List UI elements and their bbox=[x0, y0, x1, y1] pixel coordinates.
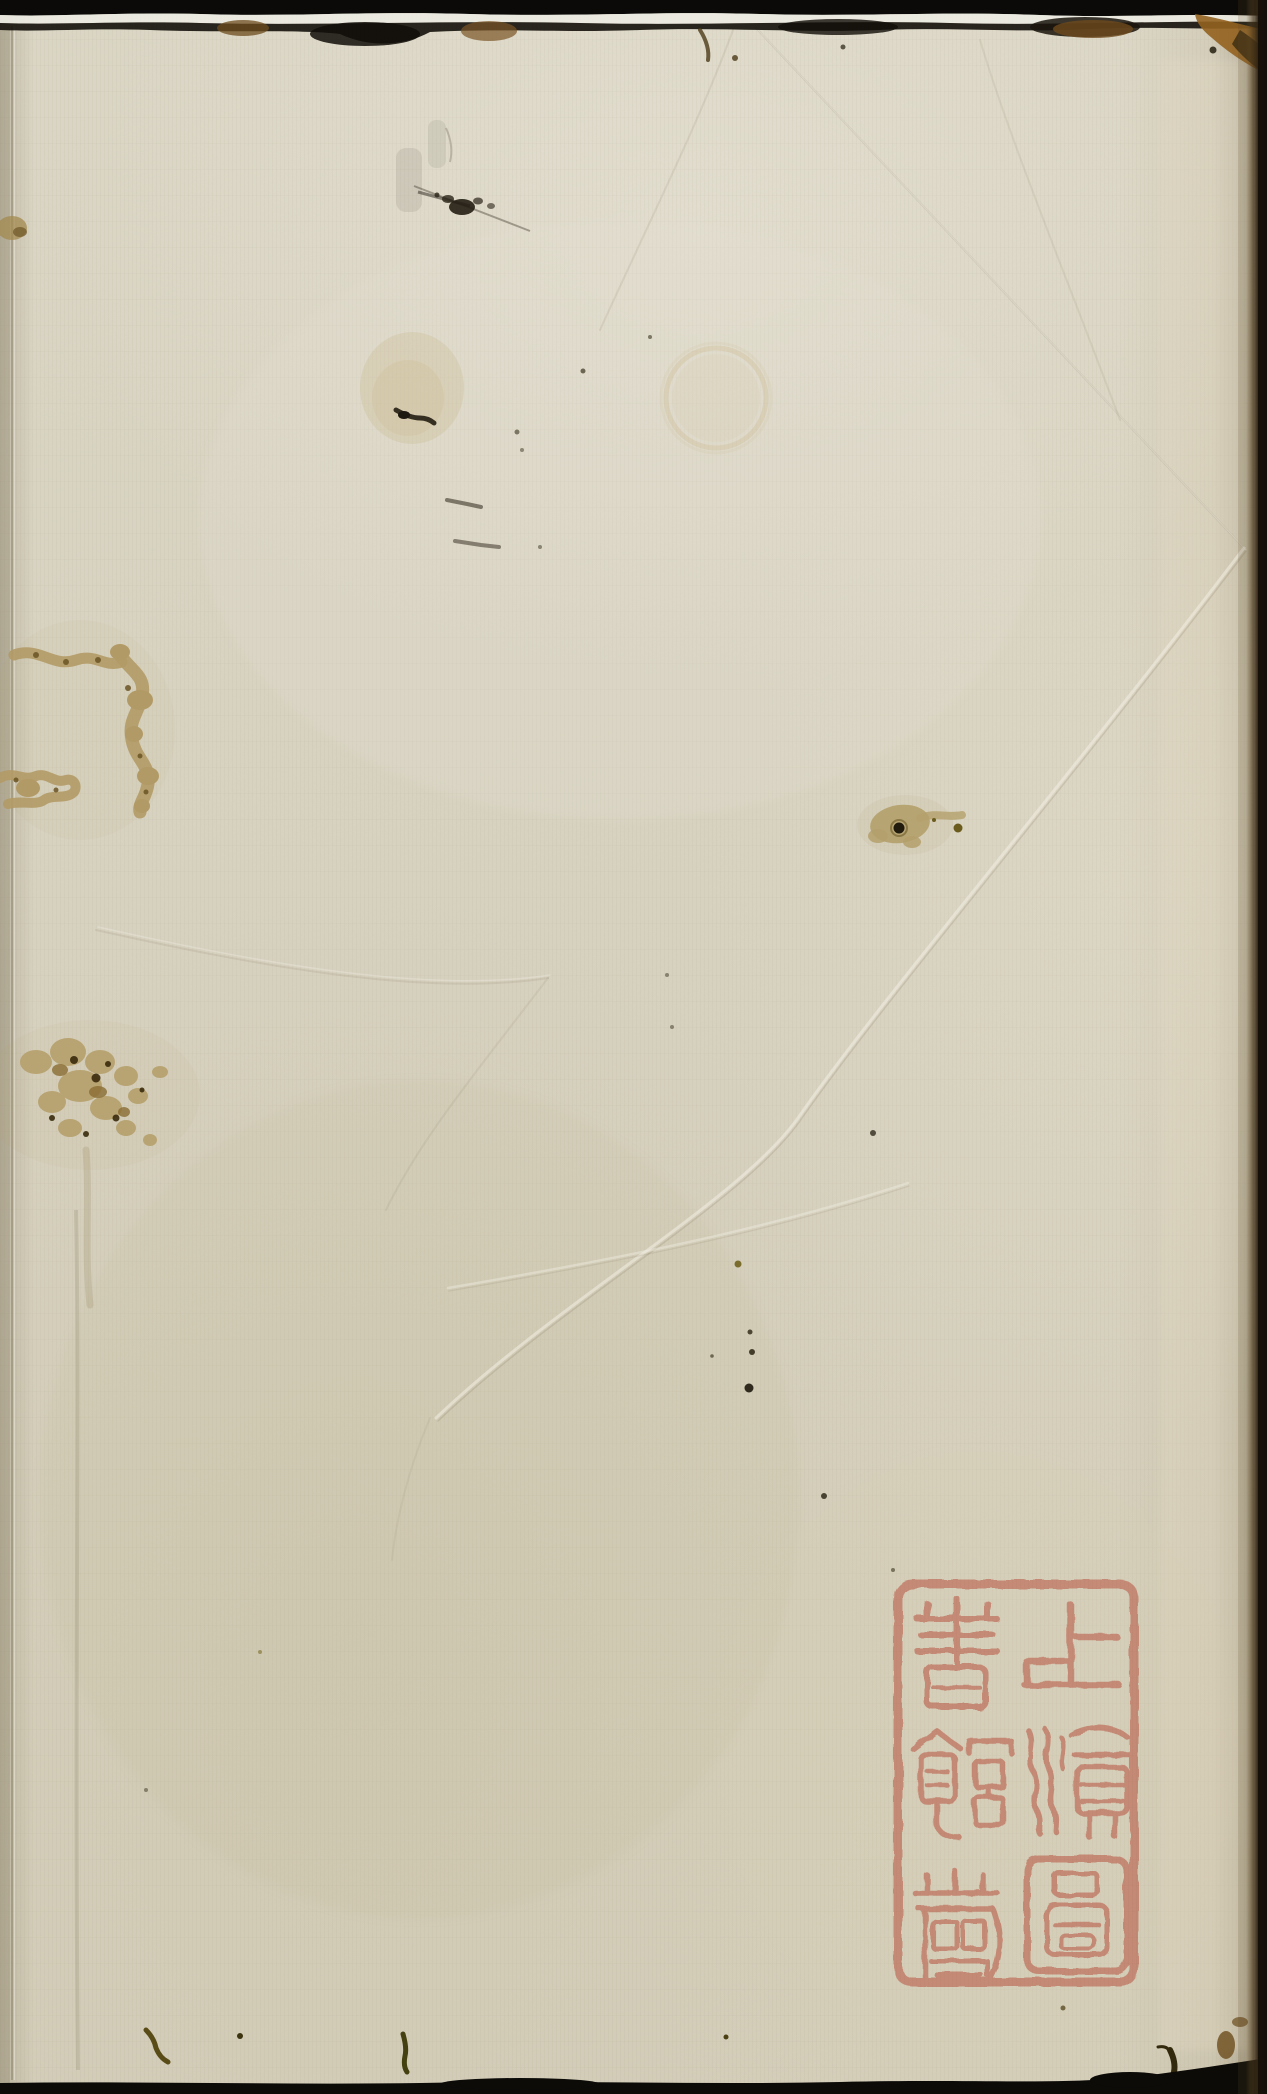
seal-char-guan bbox=[913, 1731, 1011, 1837]
book-page: 上海圖書館藏 bbox=[0, 0, 1267, 2094]
seal-char-tu bbox=[1027, 1859, 1127, 1971]
tan-blob-stain bbox=[360, 332, 464, 444]
right-edge-strip bbox=[1238, 0, 1267, 2094]
seal-char-hai bbox=[1029, 1728, 1129, 1837]
seal-char-shu bbox=[917, 1599, 997, 1707]
water-ring-stain bbox=[661, 343, 771, 453]
library-collection-seal bbox=[893, 1579, 1139, 1987]
seal-char-shang bbox=[1025, 1605, 1119, 1685]
seal-char-cang bbox=[915, 1871, 999, 1985]
